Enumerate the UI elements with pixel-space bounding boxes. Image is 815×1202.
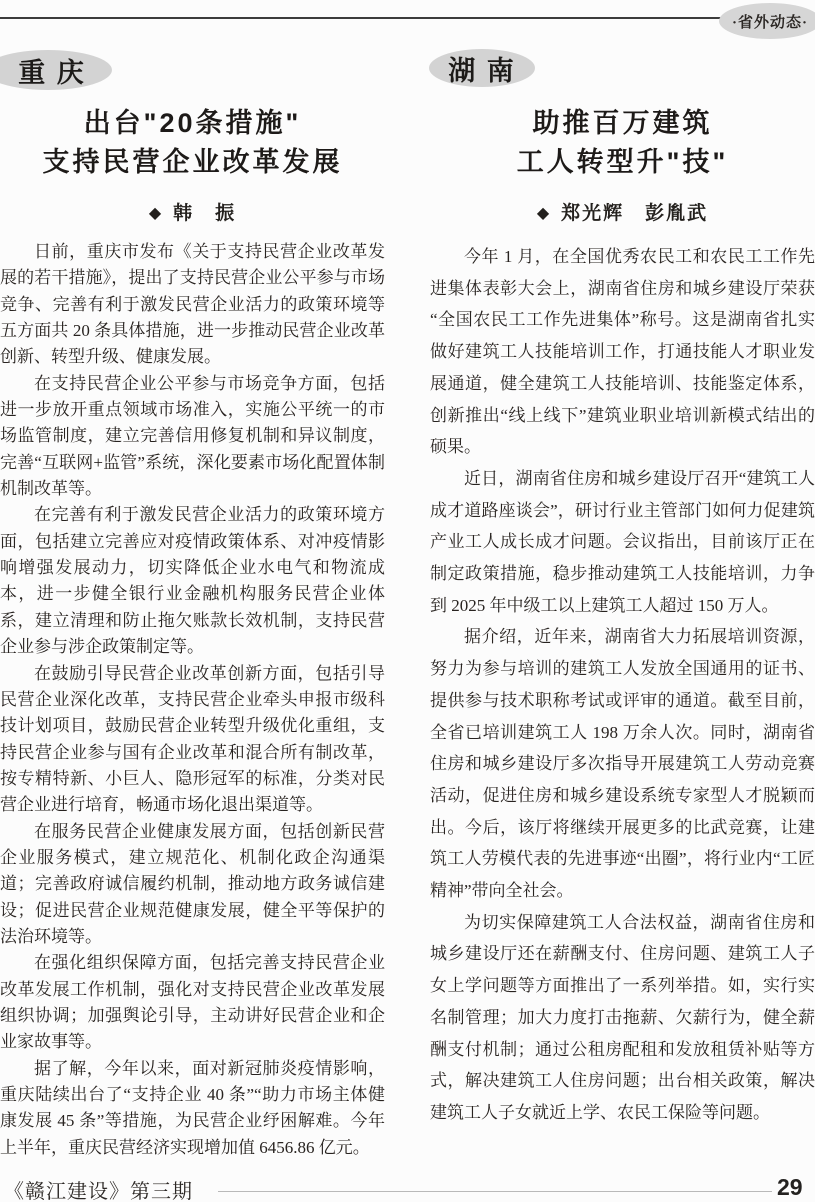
paragraph: 日前，重庆市发布《关于支持民营企业改革发展的若干措施》，提出了支持民营企业公平参… <box>0 239 385 371</box>
region-badge-hunan: 湖 南 <box>429 49 535 87</box>
diamond-icon: ◆ <box>537 205 551 222</box>
footer-rule <box>218 1191 772 1192</box>
article-body-hunan: 今年 1 月，在全国优秀农民工和农民工工作先进集体表彰大会上，湖南省住房和城乡建… <box>430 241 815 1129</box>
title-line-2: 支持民营企业改革发展 <box>43 147 343 177</box>
paragraph: 在鼓励引导民营企业改革创新方面，包括引导民营企业深化改革，支持民营企业牵头申报市… <box>0 661 385 819</box>
article-title-hunan: 助推百万建筑 工人转型升"技" <box>430 104 815 182</box>
header-rule <box>0 17 815 19</box>
author-names: 韩 振 <box>173 203 236 224</box>
magazine-page: ·省外动态· 重 庆 出台"20条措施" 支持民营企业改革发展 ◆韩 振 日前，… <box>0 0 815 1202</box>
section-badge-label: ·省外动态· <box>732 11 808 32</box>
article-title-chongqing: 出台"20条措施" 支持民营企业改革发展 <box>0 104 385 182</box>
paragraph: 据了解，今年以来，面对新冠肺炎疫情影响，重庆陆续出台了“支持企业 40 条”“助… <box>0 1056 385 1161</box>
author-names: 郑光辉 彭胤武 <box>561 203 708 224</box>
region-badge-chongqing: 重 庆 <box>0 50 112 90</box>
title-line-1: 助推百万建筑 <box>533 108 713 138</box>
footer-journal-title: 《赣江建设》第三期 <box>4 1175 193 1202</box>
title-line-2: 工人转型升"技" <box>517 147 729 177</box>
paragraph: 在支持民营企业公平参与市场竞争方面，包括进一步放开重点领域市场准入，实施公平统一… <box>0 371 385 503</box>
footer-page-number: 29 <box>777 1174 803 1201</box>
byline-chongqing: ◆韩 振 <box>0 198 385 225</box>
paragraph: 今年 1 月，在全国优秀农民工和农民工工作先进集体表彰大会上，湖南省住房和城乡建… <box>430 241 815 463</box>
paragraph: 为切实保障建筑工人合法权益，湖南省住房和城乡建设厅还在薪酬支付、住房问题、建筑工… <box>430 907 815 1129</box>
diamond-icon: ◆ <box>149 205 163 222</box>
section-badge: ·省外动态· <box>719 3 815 39</box>
paragraph: 在服务民营企业健康发展方面，包括创新民营企业服务模式，建立规范化、机制化政企沟通… <box>0 819 385 951</box>
paragraph: 据介绍，近年来，湖南省大力拓展培训资源，努力为参与培训的建筑工人发放全国通用的证… <box>430 621 815 906</box>
paragraph: 在强化组织保障方面，包括完善支持民营企业改革发展工作机制，强化对支持民营企业改革… <box>0 950 385 1055</box>
title-line-1: 出台"20条措施" <box>84 108 302 138</box>
paragraph: 近日，湖南省住房和城乡建设厅召开“建筑工人成才道路座谈会”，研讨行业主管部门如何… <box>430 463 815 622</box>
paragraph: 在完善有利于激发民营企业活力的政策环境方面，包括建立完善应对疫情政策体系、对冲疫… <box>0 502 385 660</box>
byline-hunan: ◆郑光辉 彭胤武 <box>430 198 815 225</box>
article-body-chongqing: 日前，重庆市发布《关于支持民营企业改革发展的若干措施》，提出了支持民营企业公平参… <box>0 239 385 1161</box>
